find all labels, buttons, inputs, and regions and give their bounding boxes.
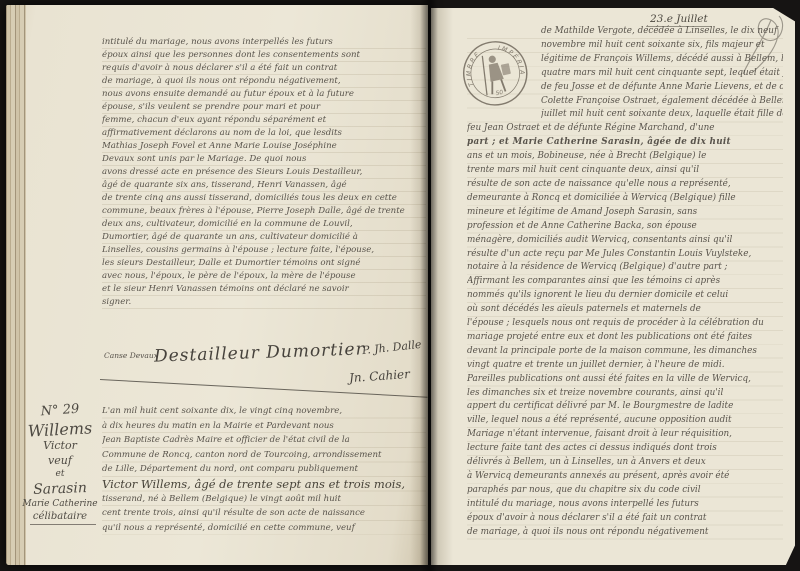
handwritten-line: paraphés par nous, que du chapitre six d… [467, 484, 783, 498]
groom-surname: Willems [20, 418, 101, 441]
handwritten-line: de Mathilde Vergote, décédée à Linselles… [541, 25, 783, 39]
handwritten-line: légitime de François Willems, décédé aus… [541, 53, 783, 67]
handwritten-line: tisserand, né à Bellem (Belgique) le vin… [102, 492, 426, 507]
handwritten-line: Mariage n'étant intervenue, faisant droi… [467, 428, 783, 442]
handwritten-line: nommés qu'ils ignorent le lieu du dernie… [467, 289, 783, 303]
handwritten-line: Colette Françoise Ostraet, également déc… [541, 95, 783, 109]
timbre-imperial-stamp-icon: TIMBRE IMPÉRIAL 50 [453, 24, 541, 121]
handwritten-line: ville, lequel nous a été représenté, auc… [467, 414, 783, 428]
handwritten-line: à Wervicq demeurants annexés au présent,… [467, 470, 783, 484]
svg-text:IMPÉRIAL: IMPÉRIAL [453, 24, 526, 89]
svg-text:TIMBRE: TIMBRE [461, 50, 488, 88]
handwritten-line: avons dressé acte en présence des Sieurs… [102, 166, 426, 179]
handwritten-line: demeurante à Roncq et domiciliée à Wervi… [467, 192, 783, 206]
handwritten-line: ans et un mois, Bobineuse, née à Brecht … [467, 150, 783, 164]
handwritten-line: cent trente trois, ainsi qu'il résulte d… [102, 506, 426, 521]
handwritten-line: requis d'avoir à nous déclarer s'il a ét… [102, 62, 426, 75]
handwritten-line: Jean Baptiste Cadrès Maire et officier d… [102, 433, 426, 448]
signature-canse-devaux: Canse Devaux [104, 351, 158, 360]
handwritten-line: commune, beaux frères à l'épouse, Pierre… [102, 205, 426, 218]
handwritten-line: Victor Willems, âgé de trente sept ans e… [102, 477, 426, 492]
handwritten-line: nous avons ensuite demandé au futur épou… [102, 88, 426, 101]
groom-status: veuf [20, 454, 100, 467]
handwritten-line: de Lille, Département du nord, ont compa… [102, 462, 426, 477]
handwritten-line: notaire à la résidence de Wervicq (Belgi… [467, 261, 783, 275]
groom-firstname: Victor [20, 439, 100, 452]
handwritten-line: Mathias Joseph Fovel et Anne Marie Louis… [102, 140, 426, 153]
bride-firstname: Marie Catherine [20, 499, 100, 509]
signatures-block: Canse Devaux Destailleur Dumortier P. Jh… [102, 341, 428, 393]
handwritten-line: juillet mil huit cent soixante deux, laq… [541, 108, 783, 122]
handwritten-line: épouse, s'ils veulent se prendre pour ma… [102, 101, 426, 114]
handwritten-line: Commune de Roncq, canton nord de Tourcoi… [102, 448, 426, 463]
handwritten-line: lecture faite tant des actes ci dessus i… [467, 442, 783, 456]
handwritten-line: novembre mil huit cent soixante six, fil… [541, 39, 783, 53]
handwritten-line: part ; et Marie Catherine Sarasin, âgée … [467, 136, 783, 150]
handwritten-line: L'an mil huit cent soixante dix, le ving… [102, 404, 426, 419]
handwritten-line: l'épouse ; lesquels nous ont requis de p… [467, 317, 783, 331]
margin-note: N° 29 Willems Victor veuf et Sarasin Mar… [20, 403, 100, 522]
handwritten-line: les dimanches six et treize novembre cou… [467, 387, 783, 401]
handwritten-line: époux ainsi que les personnes dont les c… [102, 49, 426, 62]
paraph-flourish-icon [683, 10, 793, 80]
signature-dalle: P. Jh. Dalle [362, 338, 423, 357]
handwritten-line: deux ans, cultivateur, domicilié en la c… [102, 218, 426, 231]
bride-surname: Sarasin [20, 480, 101, 499]
handwritten-line: vingt quatre et trente un juillet dernie… [467, 359, 783, 373]
act-number: N° 29 [20, 400, 101, 421]
handwritten-line: de trente cinq ans aussi tisserand, domi… [102, 192, 426, 205]
handwritten-line: appert du certificat délivré par M. le B… [467, 400, 783, 414]
binding-edge [6, 5, 26, 565]
handwritten-line: feu Jean Ostraet et de défunte Régine Ma… [467, 122, 783, 136]
act-separator-rule [100, 379, 428, 398]
handwritten-line: Affirmant les comparantes ainsi que les … [467, 275, 783, 289]
handwritten-line: ménagère, domiciliés audit Wervicq, cons… [467, 234, 783, 248]
right-page: 23.e Juillet TIMBRE IMPÉRIAL [431, 8, 795, 565]
handwritten-line: Linselles, cousins germains à l'épouse ;… [102, 244, 426, 257]
handwritten-line: délivrés à Bellem, un à Linselles, un à … [467, 456, 783, 470]
handwritten-line: Dumortier, âgé de quarante un ans, culti… [102, 231, 426, 244]
handwritten-line: quatre mars mil huit cent cinquante sept… [541, 67, 783, 81]
handwritten-line: femme, chacun d'eux ayant répondu séparé… [102, 114, 426, 127]
handwritten-line: mineure et légitime de Amand Joseph Sara… [467, 206, 783, 220]
handwritten-line: de mariage, à quoi ils nous ont répondu … [467, 526, 783, 540]
bride-status: célibataire [20, 511, 100, 522]
handwritten-line: signer. [102, 296, 426, 309]
handwritten-line: les sieurs Destailleur, Dalle et Dumorti… [102, 257, 426, 270]
handwritten-line: de feu Josse et de défunte Anne Marie Li… [541, 81, 783, 95]
svg-text:50: 50 [495, 90, 504, 97]
handwritten-line: résulte de son acte de naissance qu'elle… [467, 178, 783, 192]
conjunction: et [20, 469, 100, 479]
handwritten-line: devant la principale porte de la maison … [467, 345, 783, 359]
handwritten-line: mariage projeté entre eux et dont les pu… [467, 331, 783, 345]
handwritten-line: époux d'avoir à nous déclarer s'il a été… [467, 512, 783, 526]
handwritten-line: à dix heures du matin en la Mairie et Pa… [102, 419, 426, 434]
marriage-act-ending-text: intitulé du mariage, nous avons interpel… [102, 36, 426, 309]
marriage-act-willems-sarasin-text: L'an mil huit cent soixante dix, le ving… [102, 404, 426, 535]
handwritten-line: âgé de quarante six ans, tisserand, Henr… [102, 179, 426, 192]
handwritten-line: profession et de Anne Catherine Backa, s… [467, 220, 783, 234]
register-photo: intitulé du mariage, nous avons interpel… [0, 0, 800, 571]
handwritten-line: de mariage, à quoi ils nous ont répondu … [102, 75, 426, 88]
handwritten-line: où sont décédés les aïeuls paternels et … [467, 303, 783, 317]
handwritten-line: avec nous, l'époux, le père de l'époux, … [102, 270, 426, 283]
signature-destailleur-dumortier: Destailleur Dumortier [154, 339, 365, 366]
handwritten-line: intitulé du mariage, nous avons interpel… [102, 36, 426, 49]
margin-note-rule [30, 524, 96, 525]
handwritten-line: Pareilles publications ont aussi été fai… [467, 373, 783, 387]
handwritten-line: affirmativement déclarons au nom de la l… [102, 127, 426, 140]
handwritten-line: résulte d'un acte reçu par Me Jules Cons… [467, 248, 783, 262]
handwritten-line: et le sieur Henri Vanassen témoins ont d… [102, 283, 426, 296]
marriage-act-body-text: TIMBRE IMPÉRIAL 50 de Mathilde Vergote [467, 25, 783, 540]
handwritten-line: intitulé du mariage, nous avons interpel… [467, 498, 783, 512]
handwritten-line: trente mars mil huit cent cinquante deux… [467, 164, 783, 178]
page-date-header: 23.e Juillet [647, 13, 711, 27]
left-page: intitulé du mariage, nous avons interpel… [6, 5, 428, 565]
handwritten-line: Devaux sont unis par le Mariage. De quoi… [102, 153, 426, 166]
signature-cahier: Jn. Cahier [349, 367, 411, 385]
handwritten-line: qu'il nous a représenté, domicilié en ce… [102, 521, 426, 536]
